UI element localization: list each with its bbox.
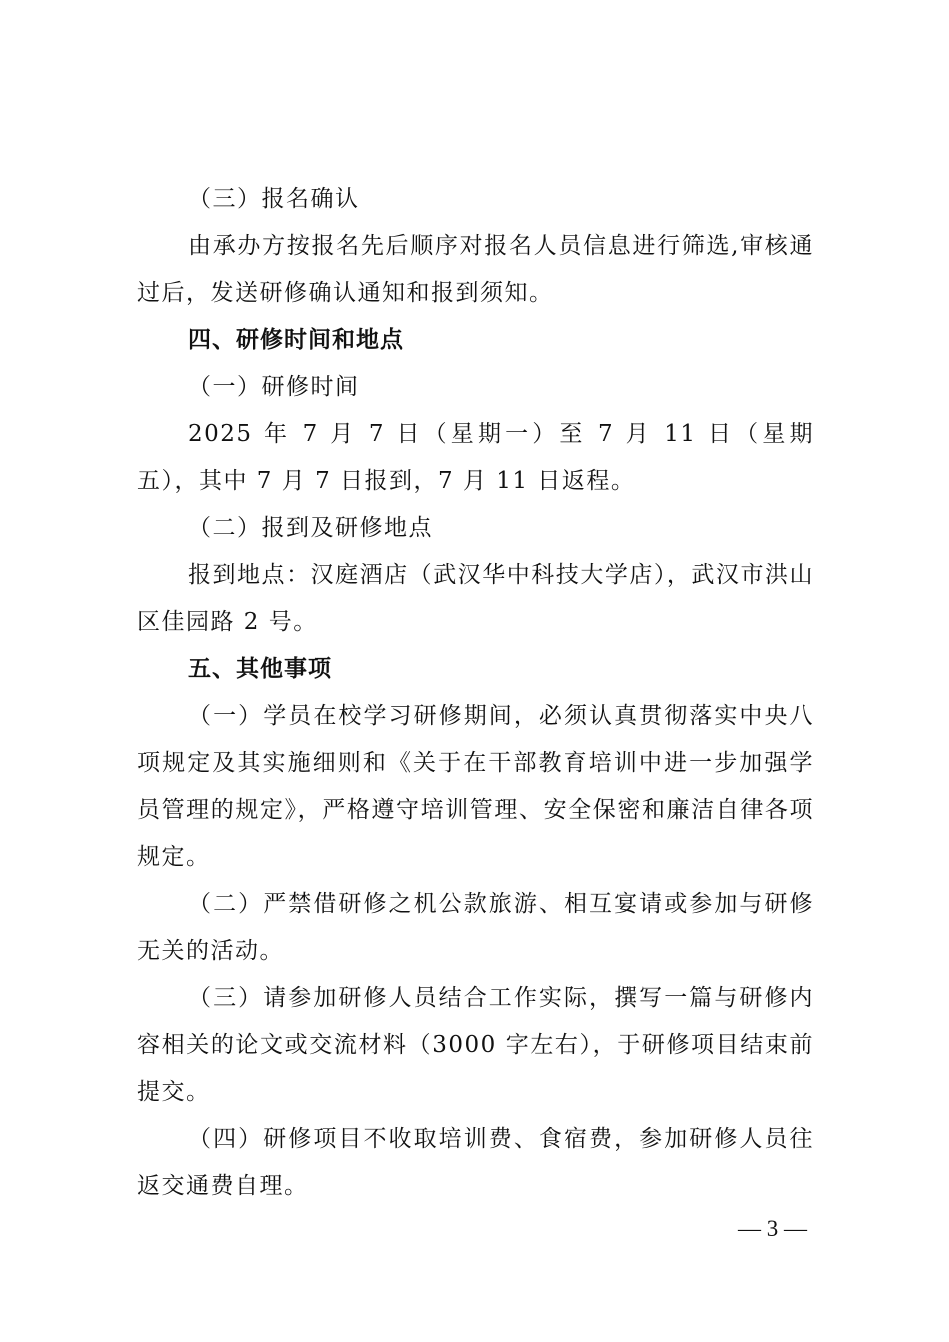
subheading-registration-confirmation: （三）报名确认 [137, 176, 814, 223]
subheading-registration-location: （二）报到及研修地点 [137, 505, 814, 552]
paragraph-other-matters-1: （一）学员在校学习研修期间，必须认真贯彻落实中央八项规定及其实施细则和《关于在干… [137, 693, 814, 881]
heading-time-and-location: 四、研修时间和地点 [137, 317, 814, 364]
paragraph-registration-confirmation: 由承办方按报名先后顺序对报名人员信息进行筛选,审核通过后，发送研修确认通知和报到… [137, 223, 814, 317]
paragraph-other-matters-3: （三）请参加研修人员结合工作实际，撰写一篇与研修内容相关的论文或交流材料（300… [137, 975, 814, 1116]
page-number: — 3 — [738, 1214, 807, 1244]
heading-other-matters: 五、其他事项 [137, 646, 814, 693]
document-page: （三）报名确认 由承办方按报名先后顺序对报名人员信息进行筛选,审核通过后，发送研… [0, 0, 949, 1342]
subheading-training-time: （一）研修时间 [137, 364, 814, 411]
paragraph-other-matters-2: （二）严禁借研修之机公款旅游、相互宴请或参加与研修无关的活动。 [137, 881, 814, 975]
paragraph-registration-location: 报到地点：汉庭酒店（武汉华中科技大学店），武汉市洪山区佳园路 2 号。 [137, 552, 814, 646]
paragraph-training-time: 2025 年 7 月 7 日（星期一）至 7 月 11 日（星期五），其中 7 … [137, 411, 814, 505]
paragraph-other-matters-4: （四）研修项目不收取培训费、食宿费，参加研修人员往返交通费自理。 [137, 1116, 814, 1210]
document-body: （三）报名确认 由承办方按报名先后顺序对报名人员信息进行筛选,审核通过后，发送研… [137, 176, 814, 1210]
